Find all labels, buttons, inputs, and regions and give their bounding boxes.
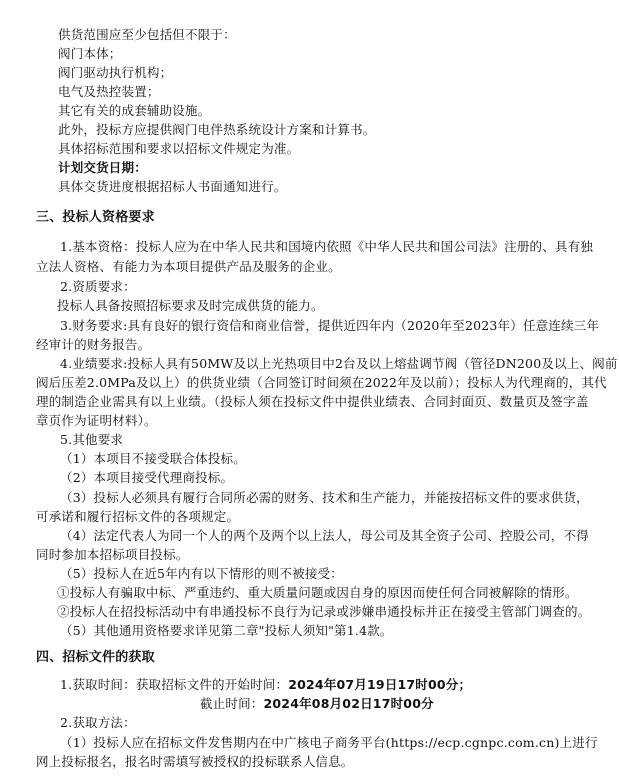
scope-item: 阀门本体； xyxy=(58,44,122,63)
scope-item: 电气及热控装置； xyxy=(58,82,160,101)
paragraph-line: （3）投标人必须具有履行合同所必需的财务、技术和生产能力，并能按招标文件的要求供… xyxy=(60,488,589,507)
paragraph-line: 阀后压差2.0MPa及以上）的供货业绩（合同签订时间须在2022年及以前）；投标… xyxy=(36,373,607,392)
paragraph-line: （5）其他通用资格要求详见第二章"投标人须知"第1.4款。 xyxy=(60,621,393,640)
paragraph-line: ①投标人有骗取中标、严重违约、重大质量问题或因自身的原因而使任何合同被解除的情形… xyxy=(57,583,578,602)
paragraph-line: 投标人具备按照招标要求及时完成供货的能力。 xyxy=(57,296,324,315)
end-time: 2024年08月02日17时00分 xyxy=(264,696,434,711)
paragraph-line: 立法人资格、有能力为本项目提供产品及服务的企业。 xyxy=(36,257,341,276)
paragraph-line: 5.其他要求 xyxy=(60,430,123,449)
paragraph-line: 2.获取方法： xyxy=(60,713,136,732)
paragraph-line: 同时参加本招标项目投标。 xyxy=(36,545,188,564)
acquire-time-line: 1.获取时间：获取招标文件的开始时间：2024年07月19日17时00分； xyxy=(60,675,471,694)
paragraph-line: （1）投标人应在招标文件发售期内在中广核电子商务平台(https://ecp.c… xyxy=(60,733,598,752)
deadline-label: 截止时间： xyxy=(200,696,264,711)
paragraph-line: 1.基本资格：投标人应为在中华人民共和国境内依照《中华人民共和国公司法》注册的、… xyxy=(60,237,593,256)
scope-item: 阀门驱动执行机构； xyxy=(58,63,172,82)
paragraph-line: 经审计的财务报告。 xyxy=(36,335,150,354)
scope-intro: 供货范围应至少包括但不限于： xyxy=(58,25,236,44)
delivery-text: 具体交货进度根据招标人书面通知进行。 xyxy=(58,177,287,196)
paragraph-line: （5）投标人在近5年内有以下情形的则不被接受： xyxy=(60,564,343,583)
section-heading: 三、投标人资格要求 xyxy=(36,208,155,227)
paragraph-line: （1）本项目不接受联合体投标。 xyxy=(60,449,246,468)
scope-extra: 此外，投标方应提供阀门电伴热系统设计方案和计算书。 xyxy=(58,120,376,139)
paragraph-line: 理的制造企业需具有以上业绩。（投标人须在投标文件中提供业绩表、合同封面页、数量页… xyxy=(36,392,589,411)
paragraph-line: （2）本项目接受代理商投标。 xyxy=(60,468,233,487)
acquire-time-label: 1.获取时间：获取招标文件的开始时间： xyxy=(60,677,288,692)
scope-note: 具体招标范围和要求以招标文件规定为准。 xyxy=(58,139,299,158)
paragraph-line: 章页作为证明材料）。 xyxy=(36,411,157,430)
start-time: 2024年07月19日17时00分； xyxy=(288,677,471,692)
paragraph-line: 2.资质要求： xyxy=(60,277,136,296)
section-heading: 四、招标文件的获取 xyxy=(36,648,155,667)
paragraph-line: （4）法定代表人为同一个人的两个及两个以上法人，母公司及其全资子公司、控股公司，… xyxy=(60,526,589,545)
paragraph-line: 网上投标报名，报名时需填写被授权的投标联系人信息。 xyxy=(36,752,354,771)
paragraph-line: 3.财务要求:具有良好的银行资信和商业信誉，提供近四年内（2020年至2023年… xyxy=(60,316,599,335)
delivery-label: 计划交货日期： xyxy=(58,158,147,177)
paragraph-line: 4.业绩要求:投标人具有50MW及以上光热项目中2台及以上熔盐调节阀（管径DN2… xyxy=(60,354,618,373)
paragraph-line: ②投标人在招投标活动中有串通投标不良行为记录或涉嫌串通投标并正在接受主管部门调查… xyxy=(57,602,590,621)
paragraph-line: 可承诺和履行招标文件的各项规定。 xyxy=(36,507,239,526)
scope-item: 其它有关的成套辅助设施。 xyxy=(58,101,210,120)
deadline-line: 截止时间：2024年08月02日17时00分 xyxy=(200,694,434,713)
